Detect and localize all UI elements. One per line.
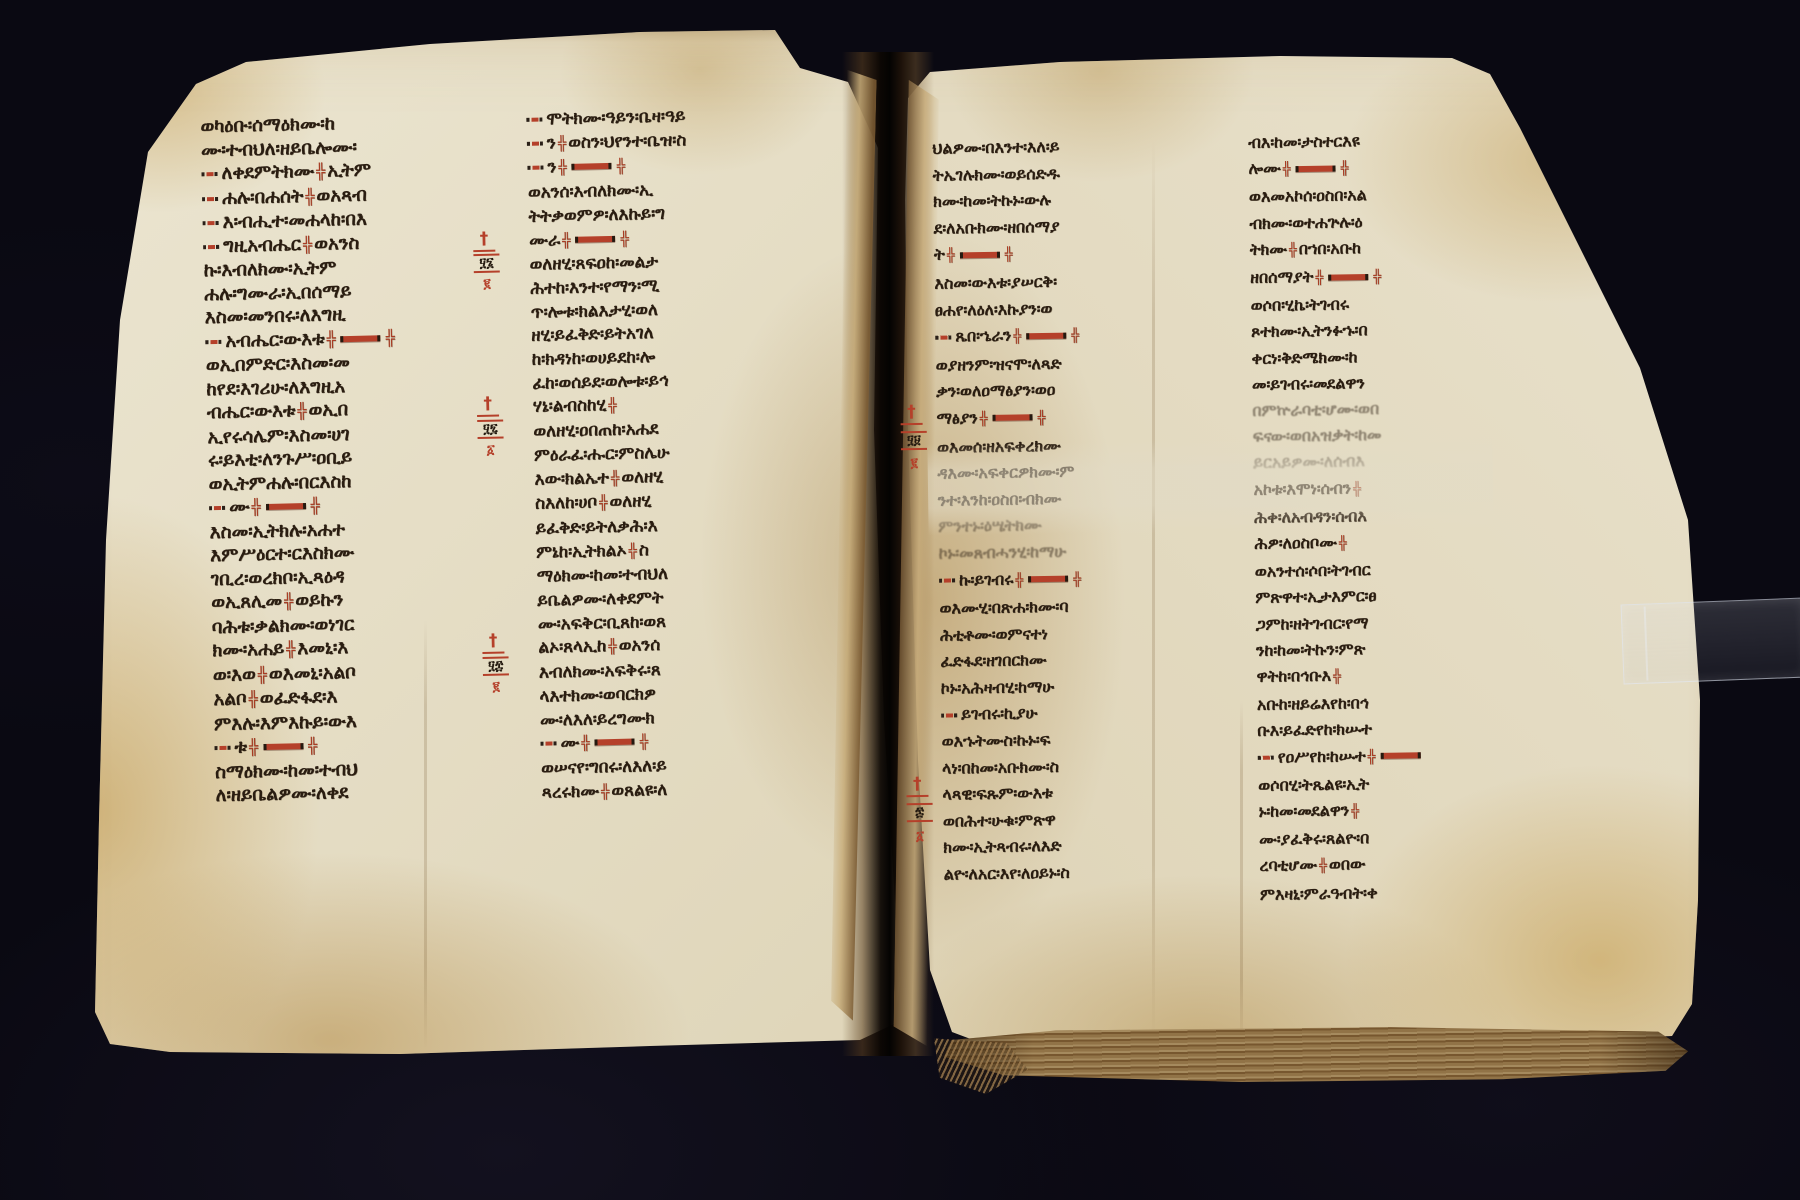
geez-text: ትኤገሉክሙ፡ወይሰድዱ <box>933 163 1060 184</box>
text-line: ልዮ፡ለአር፡እየ፡ለዐይኑ፡ስ <box>944 858 1160 888</box>
geez-text: ኩ፡ይገብሩ <box>959 569 1014 589</box>
geez-text: ወሠናየ፡ግበሩ፡ለእለ፡ይ <box>541 756 667 779</box>
text-line: ዘበሰማያት╬╬ <box>1250 261 1488 293</box>
text-line: ላጻዊ፡ፍጹም፡ውእቱ <box>942 779 1158 809</box>
geez-text: ኑ፡ከመ፡መደልዋን <box>1258 800 1349 820</box>
geez-text: ከየደ፡እገሪሁ፡ለእግዚአ <box>206 376 345 400</box>
cross-ornament-icon: ╬ <box>608 398 617 414</box>
text-line: ትክሙ╬በኀበ፡አቡከ <box>1250 233 1488 265</box>
red-tick-mark <box>201 172 217 176</box>
red-bar-ornament <box>960 252 1000 259</box>
margin-rednum: ፩ <box>478 443 504 457</box>
text-line: የዐሥየከ፡ከሡተ╬ <box>1258 741 1496 773</box>
geez-text: እስመ፡ኢትክሉ፡አሐተ <box>209 519 345 543</box>
geez-text: ስማዕክሙ፡ከመ፡ተብህ <box>215 758 358 782</box>
red-bar-ornament <box>1028 576 1068 583</box>
geez-text: ወበው <box>1329 855 1366 875</box>
cross-ornament-icon: ╬ <box>1071 329 1079 344</box>
geez-text: ሕቲቶሙ፡ወምናተነ <box>940 624 1048 645</box>
geez-text: ወእኁትሙስ፡ኩኑ፡ፍ <box>941 730 1050 751</box>
cross-ornament-icon: ╬ <box>303 235 313 253</box>
text-line: ማፅያን╬╬ <box>936 402 1152 434</box>
cross-ornament-icon: ╬ <box>286 640 296 658</box>
text-line: ት╬╬ <box>934 239 1150 271</box>
text-line: ወእመአኮሰ፡ዐስበ፡አል <box>1249 181 1487 211</box>
geez-text: ትክሙ <box>1250 239 1287 259</box>
geez-text: ማዕክሙ፡ከመ፡ተብህለ <box>537 564 669 587</box>
text-line: ዳእሙ፡አፍቀርዎክሙ፡ም <box>937 457 1153 487</box>
geez-text: ጻረሩክሙ <box>541 781 599 802</box>
text-line: ኮኑ፡አሕዛብሂ፡ከማሁ <box>941 672 1157 702</box>
text-line: ሙ፡ያፈቅሩ፡ጸልዮ፡በ <box>1259 823 1497 853</box>
geez-text: ንከ፡ከመ፡ትኩን፡ምጽ <box>1256 639 1365 660</box>
cross-ornament-icon: ╬ <box>947 249 955 264</box>
geez-text: ወስን፡ህየንተ፡ቤዝ፡ስ <box>568 130 686 153</box>
margin-cross-icon: † <box>477 396 499 417</box>
cross-ornament-icon: ╬ <box>1315 271 1323 286</box>
geez-text: ቡእ፡ይፈድየከ፡ክሡተ <box>1257 720 1372 741</box>
cross-ornament-icon: ╬ <box>608 639 617 655</box>
geez-text: እስመ፡ውእቱ፡ያሠርቅ፡ <box>934 272 1057 293</box>
geez-text: እ፡ብሒተ፡መሐላከ፡በእ <box>222 209 367 233</box>
geez-text: ይፈቅድ፡ይትለቃሕ፡እ <box>535 516 657 539</box>
text-line: ሎሙ╬╬ <box>1248 152 1486 184</box>
geez-text: ዘበሰማያት <box>1250 267 1313 287</box>
geez-text: ፀሐየ፡ለዕለ፡እኩያን፡ወ <box>935 298 1053 319</box>
geez-text: ወለዘሂ፡ዐበጠከ፡አሐደ <box>533 419 658 442</box>
cross-ornament-icon: ╬ <box>248 690 258 708</box>
geez-text: ላነ፡በከመ፡አቡክሙ፡ስ <box>942 756 1059 777</box>
geez-text: ጥ፡ሎቱ፡ክልእታሂ፡ወለ <box>531 300 659 323</box>
cross-ornament-icon: ╬ <box>386 328 396 346</box>
geez-text: ወእመሰ፡ዘአፍቀረክሙ <box>937 435 1061 456</box>
geez-text: ወኢጸሊመ <box>211 591 282 614</box>
geez-text: ወኢበ <box>308 399 348 421</box>
geez-text: ወይኩን <box>295 589 344 611</box>
text-line: ወእኁትሙስ፡ኩኑ፡ፍ <box>941 725 1157 755</box>
text-line: ክሙ፡ኢትጻብሩ፡ለእድ <box>943 832 1159 862</box>
red-bar-ornament <box>595 739 635 746</box>
text-line: ትኤገሉክሙ፡ወይሰድዱ <box>933 159 1149 189</box>
text-line: ምእዛኒ፡ምራዓብት፡ቀ <box>1260 878 1498 908</box>
geez-text: ወእመአኮሰ፡ዐስበ፡አል <box>1249 185 1367 206</box>
geez-text: ጾተክሙ፡ኢትንፉኁ፡በ <box>1251 320 1368 341</box>
margin-rednum: ፪ <box>474 277 500 291</box>
text-column-2: ሞትክሙ፡ዓይን፡ቤዛ፡ዓይን╬ወስን፡ህየንተ፡ቤዝ፡ስን╬╬ወአንሰ፡እብለ… <box>526 103 786 806</box>
text-line: ጋምከ፡ዘትገብር፡የማ <box>1255 608 1493 638</box>
geez-text: ኩ፡እብለክሙ፡ኢትም <box>203 257 336 281</box>
geez-text: ብሔር፡ውእቱ <box>207 400 296 423</box>
geez-text: ምዕራፈ፡ሑር፡ምስሌሁ <box>534 443 670 466</box>
geez-text: ላእተክሙ፡ወባርክዎ <box>539 684 656 707</box>
cross-ornament-icon: ╬ <box>611 470 620 486</box>
text-line: ዋትከ፡በኅቡእ╬ <box>1256 660 1494 692</box>
geez-text: ወያዘንም፡ዝናሞ፡ለጻድ <box>936 353 1062 374</box>
cross-ornament-icon: ╬ <box>1341 162 1349 177</box>
geez-text: ከ፡ክዳነከ፡ወሀይደከ፡ሎ <box>532 347 656 370</box>
text-line: ደ፡ለአቡክሙ፡ዘበሰማያ <box>933 212 1149 242</box>
geez-text: ሙ፡ለእለ፡ይረግሙክ <box>540 708 655 731</box>
geez-text: ስእለከ፡ሀቦ <box>535 493 598 514</box>
geez-text: ገቢረ፡ወረክቦ፡ኢጻዕዳ <box>210 566 344 590</box>
text-line: ቃን፡ወለዐማፅያን፡ወዐ <box>936 376 1152 406</box>
cross-ornament-icon: ╬ <box>249 738 259 756</box>
text-column-3: ህልዎሙ፡በእንተ፡እለ፡ይትኤገሉክሙ፡ወይሰድዱክሙ፡ከመ፡ትኩኑ፡ውሉደ፡… <box>932 132 1160 888</box>
cross-ornament-icon: ╬ <box>1015 573 1023 588</box>
geez-text: ፍናው፡ወበአዝቃት፡ከመ <box>1253 425 1382 446</box>
cross-ornament-icon: ╬ <box>628 543 637 559</box>
geez-text: ጼበ፡ኄራን <box>955 326 1011 346</box>
text-line: ቀርነ፡ቅድሜክሙ፡ከ <box>1251 342 1489 372</box>
cross-ornament-icon: ╬ <box>1005 248 1013 263</box>
geez-text: ቃን፡ወለዐማፅያን፡ወዐ <box>936 380 1056 401</box>
geez-text: ዳእሙ፡አፍቀርዎክሙ፡ም <box>937 462 1074 483</box>
cross-ornament-icon: ╬ <box>310 497 320 515</box>
cross-ornament-icon: ╬ <box>581 736 590 752</box>
margin-rednum: ፪ <box>483 680 509 694</box>
geez-text: ወአንስ <box>314 232 360 254</box>
cross-ornament-icon: ╬ <box>1373 270 1381 285</box>
geez-text: ኢትም <box>327 159 371 181</box>
geez-text: ህልዎሙ፡በእንተ፡እለ፡ይ <box>932 137 1059 158</box>
text-line: ክሙ፡ከመ፡ትኩኑ፡ውሉ <box>933 186 1149 216</box>
red-tick-mark <box>203 244 219 248</box>
geez-text: ይቤልዎሙ፡ለቀደምት <box>537 588 663 611</box>
text-line: ወእሙሂ፡በጽሐ፡ክሙ፡ባ <box>939 592 1155 622</box>
geez-text: እስመ፡መንበሩ፡ለእግዚ <box>205 304 346 328</box>
geez-text: ልኦ፡ጸላኢከ <box>538 637 606 659</box>
red-tick-mark <box>526 117 542 121</box>
geez-text: ወአንሰ <box>619 635 661 656</box>
margin-num: ፶፱ <box>901 430 927 449</box>
geez-text: ወእሙሂ፡በጽሐ፡ክሙ፡ባ <box>939 597 1068 618</box>
geez-text: ንተ፡እንከ፡ዐስበ፡ብክሙ <box>938 488 1062 509</box>
cross-ornament-icon: ╬ <box>1339 536 1347 551</box>
geez-text: እው፡ክልኤተ <box>534 468 609 490</box>
red-tick-mark <box>214 746 230 750</box>
cross-ornament-icon: ╬ <box>980 412 988 427</box>
geez-text: ዋትከ፡በኅቡእ <box>1256 666 1331 686</box>
geez-text: ወጸልዩ፡ለ <box>611 780 667 801</box>
cross-ornament-icon: ╬ <box>326 330 336 348</box>
geez-text: ትትቃወምዎ፡ለእኩይ፡ግ <box>528 204 665 227</box>
geez-text: ሙ፡ተብህለ፡ዘይቤሎሙ፡ <box>201 136 357 161</box>
red-bar-ornament <box>1296 165 1336 172</box>
cross-ornament-icon: ╬ <box>316 163 326 181</box>
geez-text: ሕቀ፡ለአብዳን፡ሰብእ <box>1254 506 1367 527</box>
margin-rednum: ፪ <box>901 457 927 470</box>
geez-text: ወለዘሂ <box>621 466 663 487</box>
geez-text: ወአጻብ <box>316 184 367 206</box>
leaf-edge-stack <box>944 1026 1688 1082</box>
geez-text: ክሙ፡አሐይ <box>212 639 284 662</box>
geez-text: ቱ <box>234 736 247 757</box>
geez-text: ሐሉ፡ግሙራ፡ኢበሰማይ <box>204 280 352 304</box>
text-line: ቡእ፡ይፈድየከ፡ክሡተ <box>1257 715 1495 745</box>
cross-ornament-icon: ╬ <box>558 160 567 176</box>
geez-text: ን <box>547 133 556 153</box>
geez-text: ወእመኒ፡አልቦ <box>269 661 356 684</box>
geez-text: ኮኑ፡አሕዛብሂ፡ከማሁ <box>941 677 1055 698</box>
geez-text: ልዮ፡ለአር፡እየ፡ለዐይኑ፡ስ <box>944 863 1070 884</box>
margin-num: ፶፯ <box>477 420 503 440</box>
margin-num: ፷ <box>907 803 933 822</box>
text-line: ኮኑ፡መጸብሓንሂ፡ከማሁ <box>938 537 1154 567</box>
geez-text: ብእ፡ከመ፡ታስተርእዩ <box>1248 131 1360 152</box>
text-line: ሕዎ፡ለዐስቦሙ╬ <box>1254 527 1492 559</box>
red-bar-ornament <box>575 235 615 242</box>
geez-text: አቡከ፡ዘይሬእየከ፡በኅ <box>1257 693 1369 714</box>
geez-text: ፈድፋደ፡ዘገበርክሙ <box>940 650 1046 671</box>
red-tick-mark <box>202 196 218 200</box>
text-line: ሕቀ፡ለአብዳን፡ሰብእ <box>1254 501 1492 531</box>
cross-ornament-icon: ╬ <box>1013 330 1021 345</box>
geez-text: ወሶበ፡ሂኬ፡ትገብሩ <box>1251 295 1350 316</box>
geez-text: ይርአይዎሙ፡ለሰብእ <box>1253 452 1365 473</box>
margin-cross-icon: † <box>906 776 928 797</box>
text-line: ኩ፡ይገብሩ╬╬ <box>939 564 1155 596</box>
margin-cross-icon: † <box>473 230 495 251</box>
text-line: ፈድፋደ፡ዘገበርክሙ <box>940 646 1156 676</box>
geez-text: ምእሉ፡እምእኩይ፡ውእ <box>214 710 357 734</box>
text-line: ጼበ፡ኄራን╬╬ <box>935 320 1151 352</box>
geez-text: ግዚአብሔር <box>223 234 301 257</box>
geez-text: ባሕቱ፡ቃልክሙ፡ወነገር <box>212 613 355 637</box>
photograph-stage: Photograph of an open medieval Ethiopian… <box>0 0 1800 1200</box>
geez-text: ክሙ፡ኢትጻብሩ፡ለእድ <box>943 836 1061 857</box>
geez-text: ደ፡ለአቡክሙ፡ዘበሰማያ <box>933 217 1059 238</box>
text-line: መ፡ይገብሩ፡መደልዋን <box>1252 368 1490 398</box>
geez-text: ወኢትምሐሉ፡በርእስከ <box>208 471 351 495</box>
text-line: ንተ፡እንከ፡ዐስበ፡ብክሙ <box>938 484 1154 514</box>
text-line: ወአንተሰ፡ሶበ፡ትገብር <box>1255 555 1493 585</box>
geez-text: ለቀደምትክሙ <box>221 161 314 184</box>
red-bar-ornament <box>263 743 303 750</box>
geez-text: ወበሕተ፡ሁቁ፡ምጽዋ <box>943 810 1056 831</box>
geez-text: ምእዛኒ፡ምራዓብት፡ቀ <box>1260 883 1378 904</box>
text-line: ፀሐየ፡ለዕለ፡እኩያን፡ወ <box>935 294 1151 324</box>
geez-text: ወለዘሂ <box>609 491 651 512</box>
cross-ornament-icon: ╬ <box>1073 572 1081 587</box>
text-line: እስመ፡ውእቱ፡ያሠርቅ፡ <box>934 267 1150 297</box>
cross-ornament-icon: ╬ <box>640 735 649 751</box>
geez-text: ሐሉ፡በሐሰት <box>222 186 304 209</box>
geez-text: ሙ <box>560 733 579 753</box>
geez-text: መ፡ይገብሩ፡መደልዋን <box>1252 373 1365 394</box>
geez-text: በምኵራባቲ፡ሆሙ፡ወበ <box>1252 399 1379 420</box>
cross-ornament-icon: ╬ <box>601 784 610 800</box>
red-tick-mark <box>205 339 221 343</box>
margin-num: ፶፮ <box>473 254 499 274</box>
red-tick-mark <box>1258 756 1274 760</box>
geez-text: ረባቲሆሙ <box>1259 855 1317 875</box>
geez-text: ት <box>934 245 945 264</box>
geez-text: ኮኑ፡መጸብሓንሂ፡ከማሁ <box>939 542 1067 563</box>
text-line: ብክሙ፡ወተሐጕሉ፡ዕ <box>1249 207 1487 237</box>
text-line: ምንተኑ፡ዕሤትክሙ <box>938 511 1154 541</box>
text-line: ኑ፡ከመ፡መደልዋን╬ <box>1258 795 1496 827</box>
geez-text: ፈከ፡ወሰይደ፡ወሎቱ፡ይኅ <box>532 370 669 393</box>
cross-ornament-icon: ╬ <box>305 187 315 205</box>
red-tick-mark <box>527 166 543 170</box>
geez-text: ምንተኑ፡ዕሤትክሙ <box>938 515 1042 536</box>
cross-ornament-icon: ╬ <box>1038 411 1046 426</box>
text-line: ይገብሩ፡ኪያሁ <box>941 699 1157 729</box>
geez-text: ምጽዋተ፡ኢታእምር፡ፀ <box>1255 586 1376 607</box>
cross-ornament-icon: ╬ <box>284 592 294 610</box>
red-tick-mark <box>203 221 219 225</box>
red-tick-mark <box>941 713 957 717</box>
geez-text: ወሶበሂ፡ትጼልዩ፡ኢት <box>1258 774 1369 795</box>
red-bar-ornament <box>341 335 381 342</box>
margin-cross-icon: † <box>900 404 922 425</box>
geez-text: ሙ፡አፍቅር፡ቢጸከ፡ወጸ <box>538 612 667 635</box>
cross-ornament-icon: ╬ <box>251 498 261 516</box>
cross-ornament-icon: ╬ <box>1319 859 1327 874</box>
geez-text: ሃኔ፡ልብስከሂ <box>533 396 607 418</box>
geez-text: ጋምከ፡ዘትገብር፡የማ <box>1256 613 1369 634</box>
cross-ornament-icon: ╬ <box>297 402 307 420</box>
geez-text: ዘሂ፡ይፈቅድ፡ይትአገለ <box>531 323 654 346</box>
geez-text: ምኔከ፡ኢትክልኦ <box>536 540 627 562</box>
geez-text: ስ <box>639 540 649 560</box>
geez-text: ወካዕቡ፡ሰማዕክሙ፡ከ <box>200 113 335 137</box>
parchment-crease <box>1240 700 1243 1050</box>
geez-text: ኢየሩሳሌም፡እስመ፡ሀገ <box>207 424 350 448</box>
geez-text: ሎሙ <box>1248 159 1280 179</box>
geez-text: እመኒ፡እ <box>297 637 348 659</box>
text-line: ህልዎሙ፡በእንተ፡እለ፡ይ <box>932 132 1148 162</box>
geez-text: ሙ <box>229 496 250 517</box>
red-bar-ornament <box>993 415 1033 422</box>
red-bar-ornament <box>1380 752 1420 759</box>
cross-ornament-icon: ╬ <box>258 665 268 683</box>
red-bar-ornament <box>572 163 612 170</box>
geez-text: ክሙ፡ከመ፡ትኩኑ፡ውሉ <box>933 190 1051 211</box>
red-bar-ornament <box>1328 274 1368 281</box>
cross-ornament-icon: ╬ <box>558 136 567 152</box>
geez-text: ሕዎ፡ለዐስቦሙ <box>1254 533 1337 553</box>
red-bar-ornament <box>1026 332 1066 339</box>
cross-ornament-icon: ╬ <box>617 159 626 175</box>
cross-ornament-icon: ╬ <box>1353 482 1361 497</box>
text-line: ወበሕተ፡ሁቁ፡ምጽዋ <box>943 805 1159 835</box>
red-bar-ornament <box>266 503 306 510</box>
margin-cross-icon: † <box>482 633 504 654</box>
geez-text: ሙ፡ያፈቅሩ፡ጸልዮ፡በ <box>1259 828 1369 849</box>
geez-text: ወ፡እወ <box>213 664 256 686</box>
glass-tab <box>1621 597 1800 684</box>
geez-text: ወአንተሰ፡ሶበ፡ትገብር <box>1255 560 1371 581</box>
geez-text: ማፅያን <box>936 408 977 428</box>
text-column-1: ወካዕቡ፡ሰማዕክሙ፡ከሙ፡ተብህለ፡ዘይቤሎሙ፡ለቀደምትክሙ╬ኢትምሐሉ፡በ… <box>200 109 502 808</box>
margin-rednum: ፩ <box>907 829 933 842</box>
geez-text: ይገብሩ፡ኪያሁ <box>961 704 1038 724</box>
text-line: ላነ፡በከመ፡አቡክሙ፡ስ <box>942 752 1158 782</box>
geez-text: የዐሥየከ፡ከሡተ <box>1278 746 1366 766</box>
text-line: ረባቲሆሙ╬ወበው <box>1259 850 1497 882</box>
geez-text: አኮቱ፡እሞነ፡ሰብን <box>1253 478 1351 499</box>
margin-num: ፶፰ <box>483 656 509 676</box>
text-column-4: ብእ፡ከመ፡ታስተርእዩሎሙ╬╬ወእመአኮሰ፡ዐስበ፡አልብክሙ፡ወተሐጕሉ፡ዕ… <box>1248 126 1498 908</box>
geez-text: አልቦ <box>213 688 247 710</box>
geez-text: ብክሙ፡ወተሐጕሉ፡ዕ <box>1249 212 1362 233</box>
cross-ornament-icon: ╬ <box>308 737 318 755</box>
geez-text: ሞትክሙ፡ዓይን፡ቤዛ፡ዓይ <box>546 106 685 129</box>
cross-ornament-icon: ╬ <box>599 495 608 511</box>
geez-text: ሙራ <box>529 230 560 251</box>
cross-ornament-icon: ╬ <box>1283 162 1291 177</box>
geez-text: ላጻዊ፡ፍጹም፡ውእቱ <box>942 783 1053 804</box>
geez-text: ወኢበምድር፡እስመ፡መ <box>206 352 350 376</box>
cross-ornament-icon: ╬ <box>1367 750 1375 765</box>
text-line: ጾተክሙ፡ኢትንፉኁ፡በ <box>1251 316 1489 346</box>
geez-text: እብለክሙ፡አፍቅሩ፡ጸ <box>539 660 661 683</box>
cross-ornament-icon: ╬ <box>620 231 629 247</box>
geez-text: ወአንሰ፡እብለክሙ፡ኢ <box>528 180 653 203</box>
text-line: አቡከ፡ዘይሬእየከ፡በኅ <box>1257 688 1495 718</box>
text-line: ወያዘንም፡ዝናሞ፡ለጻድ <box>936 349 1152 379</box>
text-line: አኮቱ፡እሞነ፡ሰብን╬ <box>1253 473 1491 505</box>
red-tick-mark <box>540 742 556 746</box>
text-line: ወእመሰ፡ዘአፍቀረክሙ <box>937 431 1153 461</box>
text-line: በምኵራባቲ፡ሆሙ፡ወበ <box>1252 394 1490 424</box>
geez-text: እምሥዕርተ፡ርእስክሙ <box>210 542 354 566</box>
geez-text: ወፈድፋደ፡እ <box>259 686 337 709</box>
cross-ornament-icon: ╬ <box>562 232 571 248</box>
text-line: ንከ፡ከመ፡ትኩን፡ምጽ <box>1256 634 1494 664</box>
red-tick-mark <box>939 578 955 582</box>
text-line: ወሶበሂ፡ትጼልዩ፡ኢት <box>1258 769 1496 799</box>
red-tick-mark <box>209 506 225 510</box>
geez-text: ሕተከ፡እንተ፡የማን፡ሚ <box>530 276 659 299</box>
geez-text: ቀርነ፡ቅድሜክሙ፡ከ <box>1251 347 1357 368</box>
text-line: ይርአይዎሙ፡ለሰብእ <box>1253 447 1491 477</box>
geez-text: ሩ፡ይእቲ፡ለንጉሥ፡ዐቢይ <box>208 447 353 471</box>
red-tick-mark <box>935 335 951 339</box>
geez-text: አብሔር፡ውእቱ <box>225 328 325 351</box>
text-line: ፍናው፡ወበአዝቃት፡ከመ <box>1253 420 1491 450</box>
geez-text: በኀበ፡አቡከ <box>1299 238 1361 258</box>
cross-ornament-icon: ╬ <box>1289 243 1297 258</box>
text-line: ብእ፡ከመ፡ታስተርእዩ <box>1248 126 1486 156</box>
cross-ornament-icon: ╬ <box>1333 670 1341 685</box>
geez-text: ወለዘሂ፡ጸፍዐከ፡መልታ <box>529 252 658 275</box>
cross-ornament-icon: ╬ <box>1351 804 1359 819</box>
text-line: ሕቲቶሙ፡ወምናተነ <box>940 619 1156 649</box>
geez-text: ን <box>547 158 556 178</box>
red-tick-mark <box>527 141 543 145</box>
geez-text: ለ፡ዘይቤልዎሙ፡ለቀደ <box>215 782 348 806</box>
text-line: ምጽዋተ፡ኢታእምር፡ፀ <box>1255 582 1493 612</box>
text-line: ወሶበ፡ሂኬ፡ትገብሩ <box>1250 289 1488 319</box>
